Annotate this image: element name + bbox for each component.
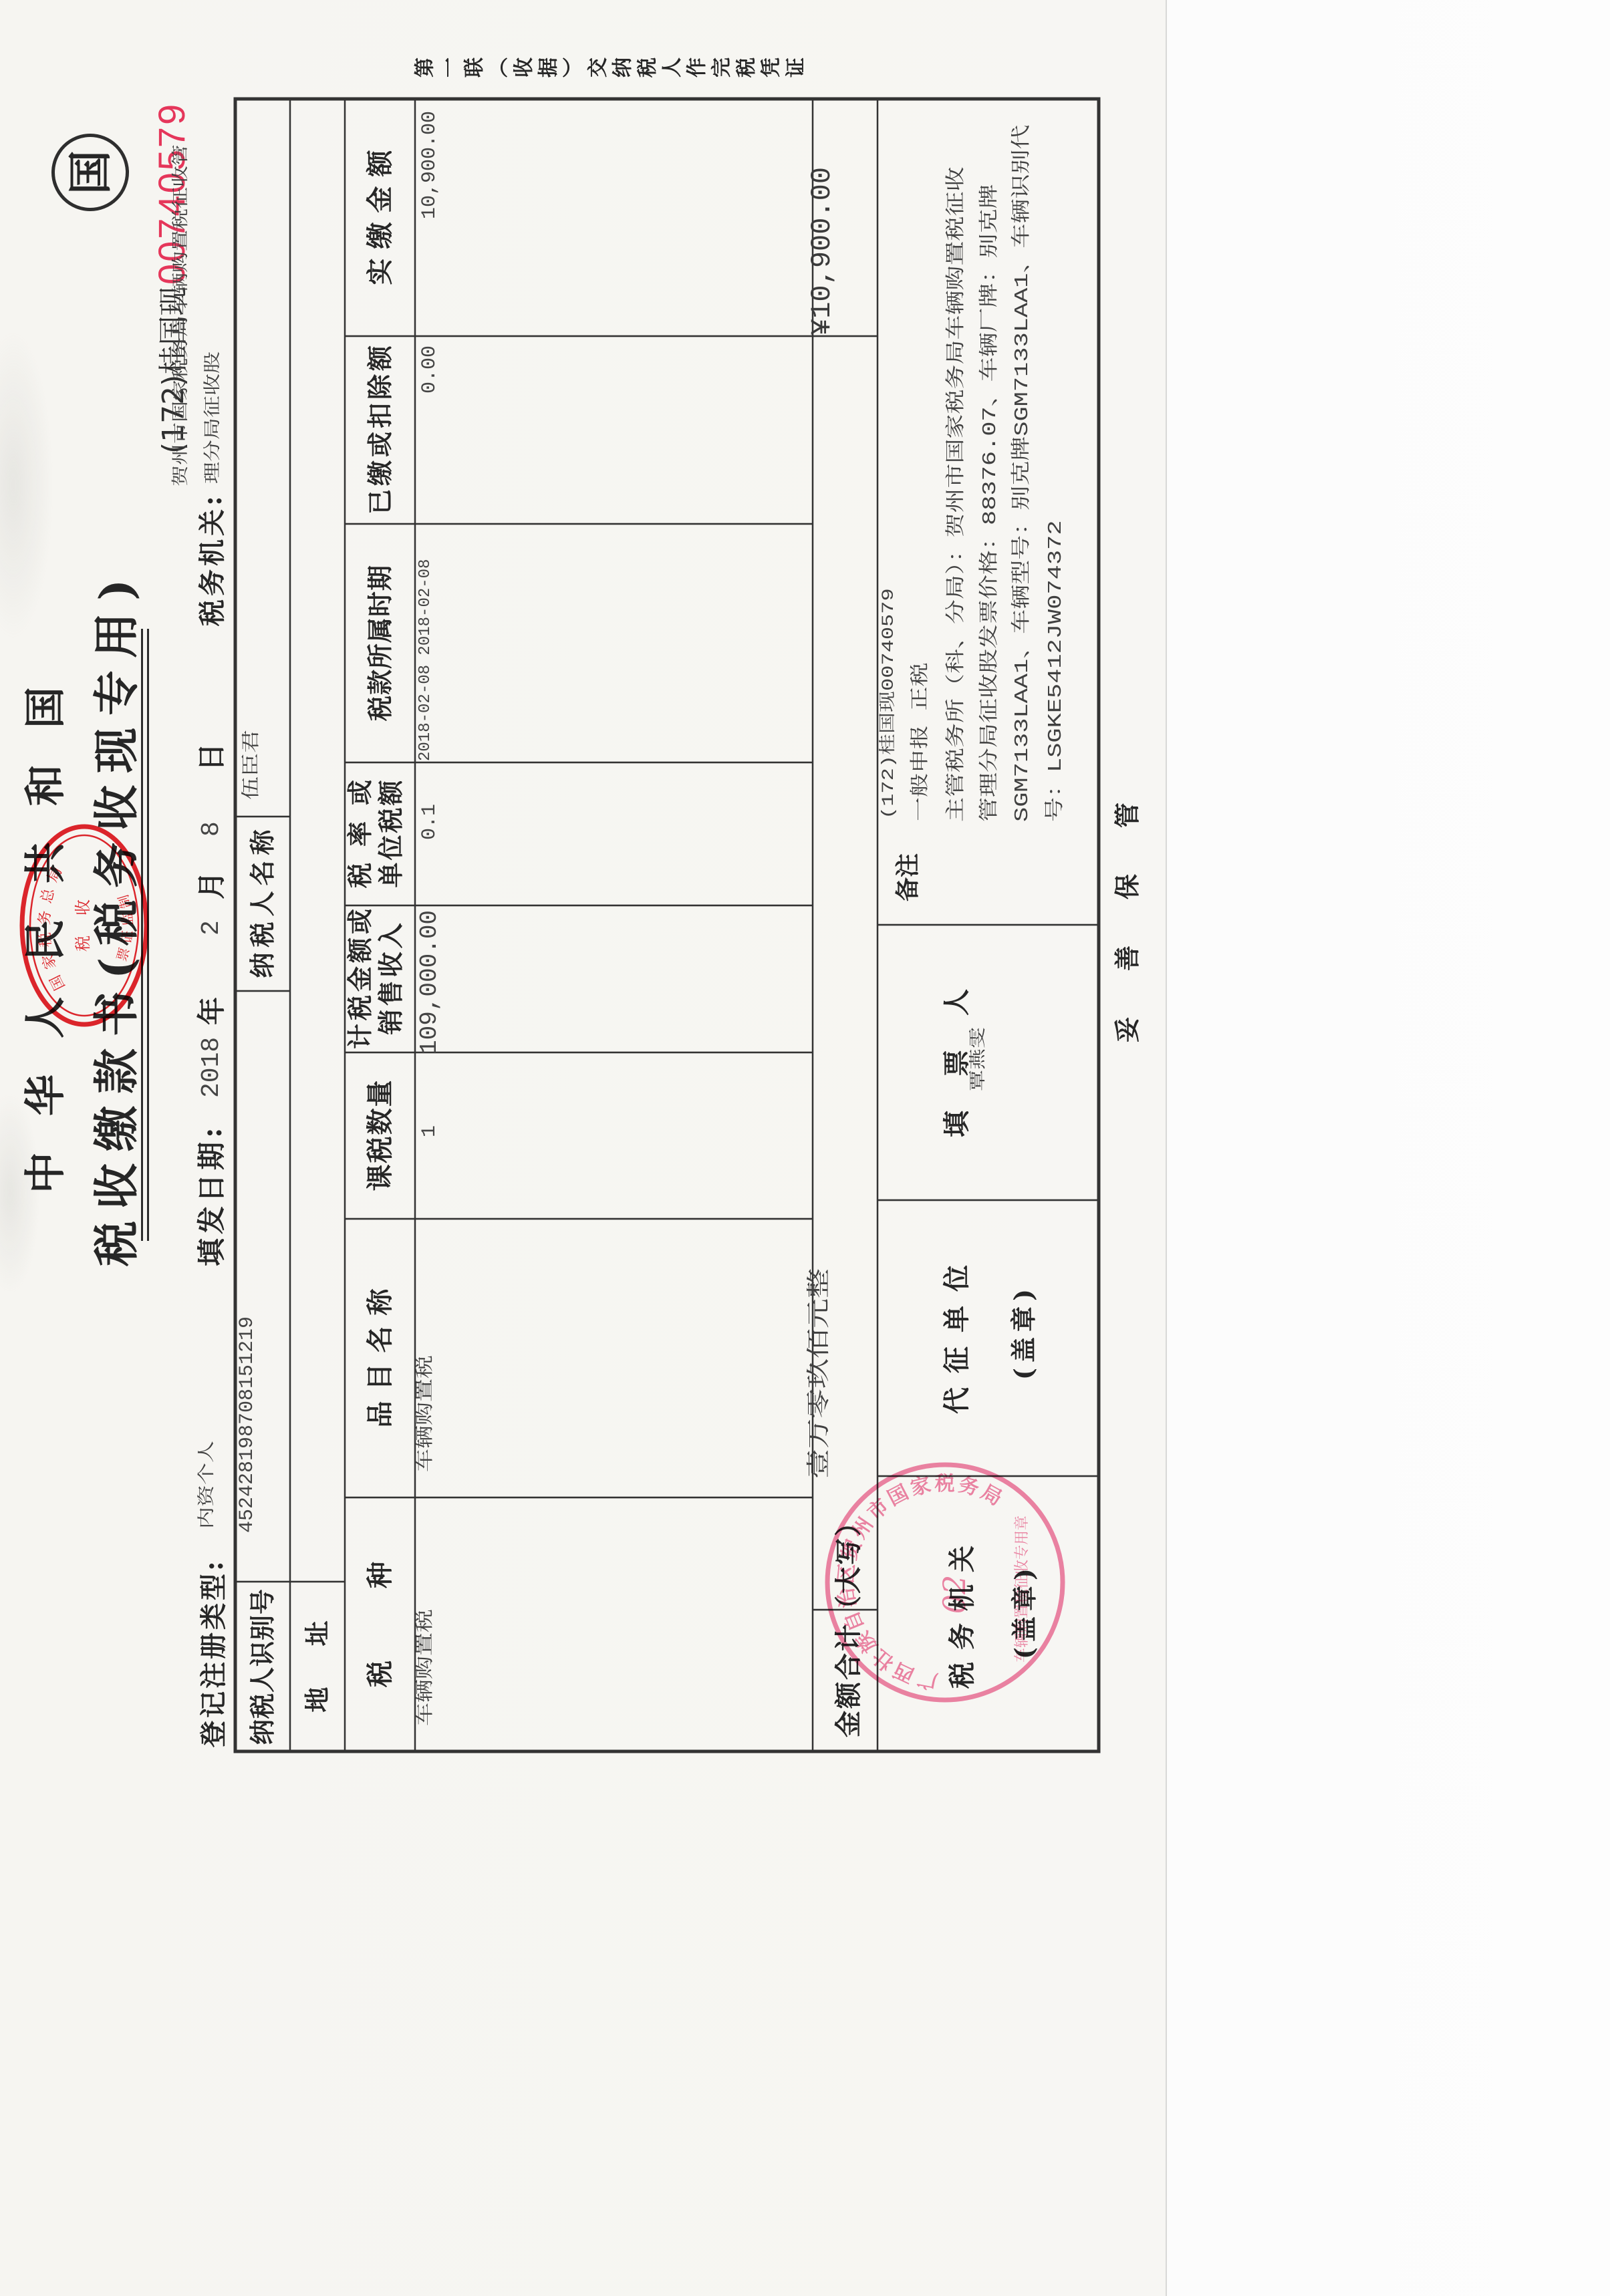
supervision-seal-center-text: 税收 xyxy=(74,879,92,952)
office-seal-center-text: 02 xyxy=(936,1575,972,1614)
svg-text:国家税务总局: 国家税务总局 xyxy=(36,858,68,992)
svg-text:广西壮族自治区贺州市国家税务局: 广西壮族自治区贺州市国家税务局 xyxy=(834,1472,1008,1693)
office-seal-ring-text: 广西壮族自治区贺州市国家税务局 xyxy=(834,1472,1008,1693)
supervision-seal-bottom-text: 票证监制 xyxy=(114,888,136,964)
supervision-seal-top-text: 国家税务总局 xyxy=(36,858,68,992)
office-seal-icon: 广西壮族自治区贺州市国家税务局 02 车辆购置税征收专用章 xyxy=(827,1465,1063,1700)
svg-text:票证监制: 票证监制 xyxy=(114,888,136,964)
office-seal-bottom-text: 车辆购置税征收专用章 xyxy=(1014,1516,1031,1663)
supervision-seal-icon: 国家税务总局 税收 票证监制 xyxy=(22,827,146,1024)
tax-payment-receipt: 第一联（收据）交纳税人作完税凭证 国 中华人民共和国 税收缴款书(税务收现专用)… xyxy=(0,0,1610,2296)
seals-layer: 国家税务总局 税收 票证监制 广西壮族自治区贺州市国家税务局 02 车辆购置税征… xyxy=(0,0,1610,2296)
